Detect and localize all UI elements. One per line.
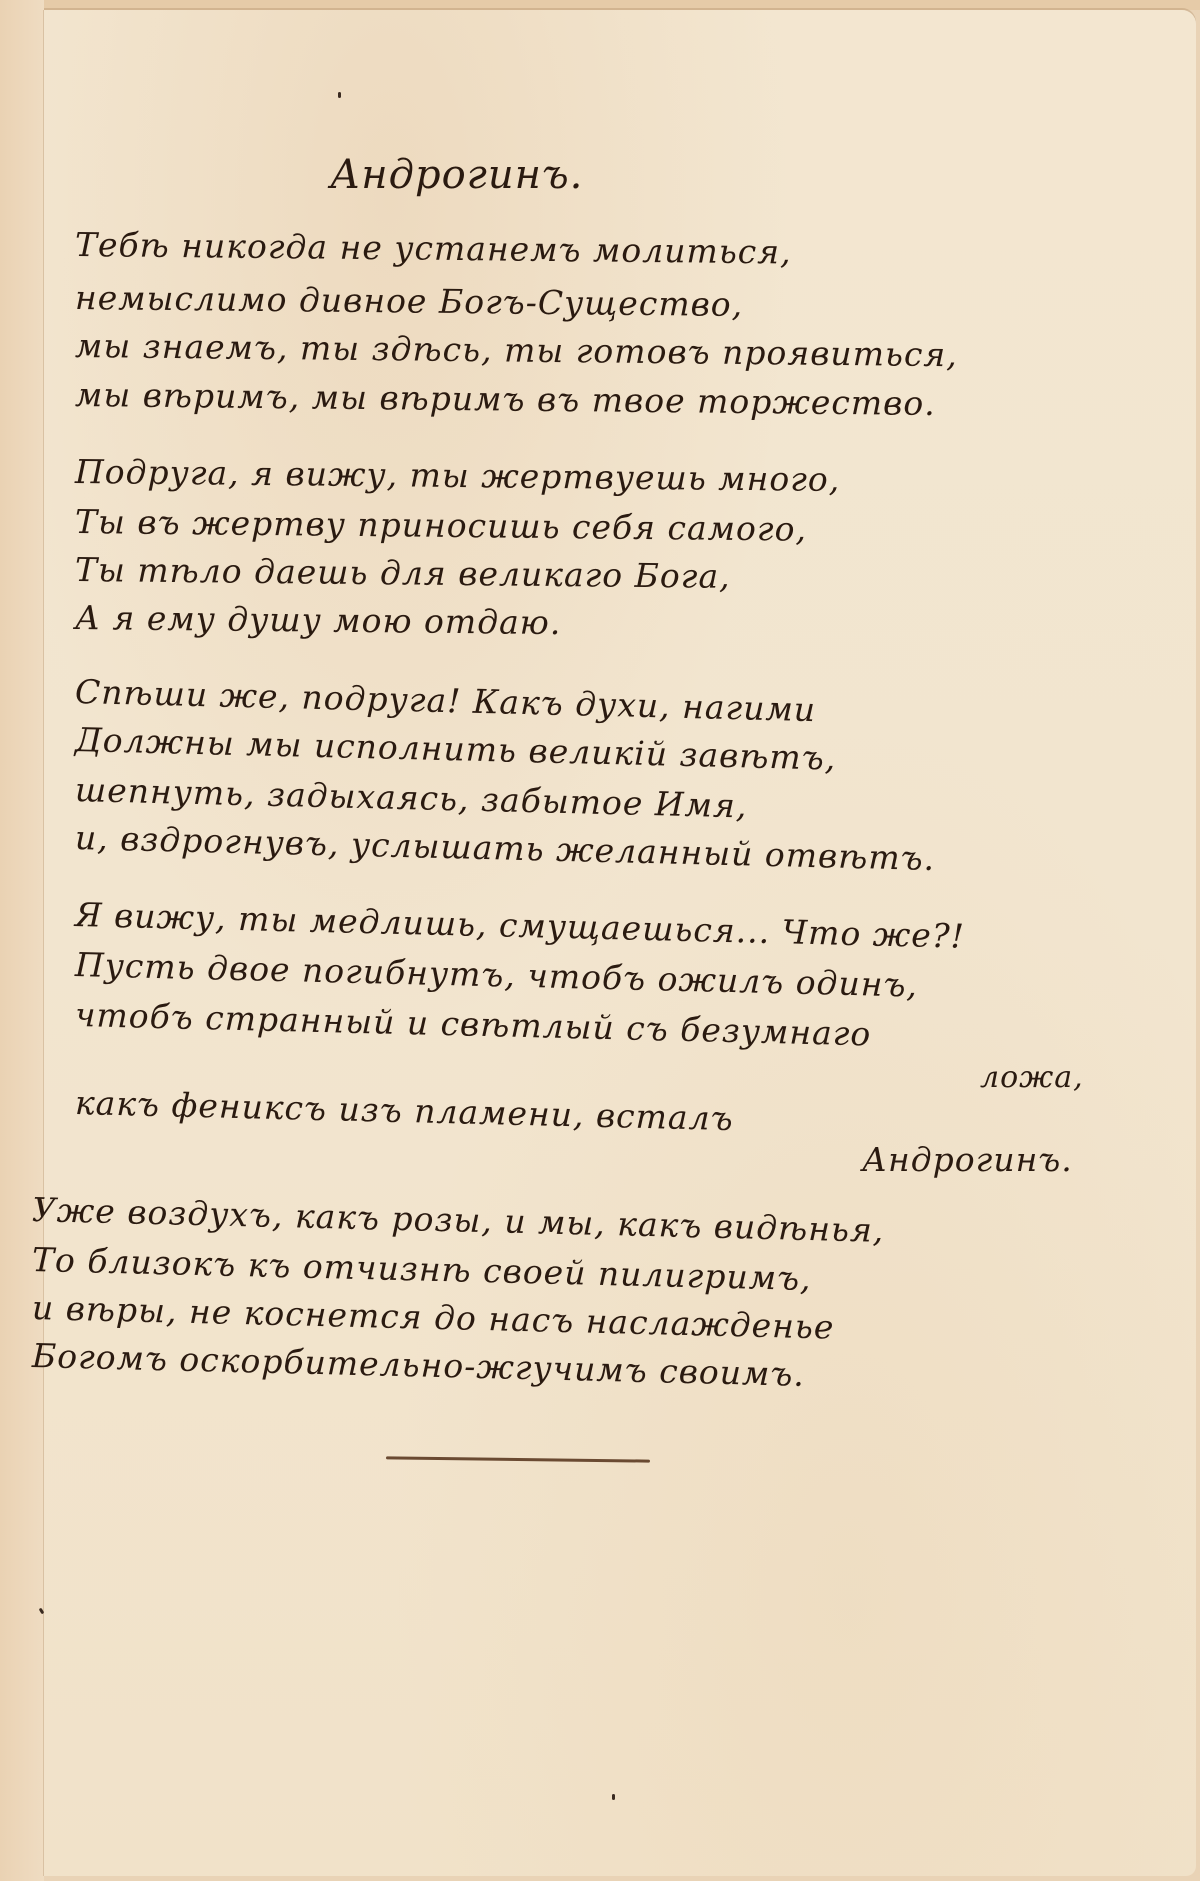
poem-line: Ты тѣло даешь для великаго Бога, [75, 550, 731, 596]
poem-line: Тебѣ никогда не устанемъ молиться, [75, 225, 792, 272]
poem-line: немыслимо дивное Богъ-Существо, [75, 278, 744, 324]
poem-line: Ты въ жертву приносишь себя самого, [75, 502, 807, 549]
ink-speck [612, 1794, 615, 1800]
poem-line-closing: Андрогинъ. [862, 1140, 1073, 1179]
scan-top-edge [0, 0, 1200, 10]
poem-insertion: ложа, [980, 1060, 1084, 1095]
ink-speck [338, 92, 341, 98]
scan-left-edge [0, 0, 44, 1881]
poem-line: Подруга, я вижу, ты жертвуешь много, [75, 452, 841, 499]
poem-title: Андрогинъ. [330, 152, 583, 198]
poem-line: А я ему душу мою отдаю. [75, 598, 562, 642]
